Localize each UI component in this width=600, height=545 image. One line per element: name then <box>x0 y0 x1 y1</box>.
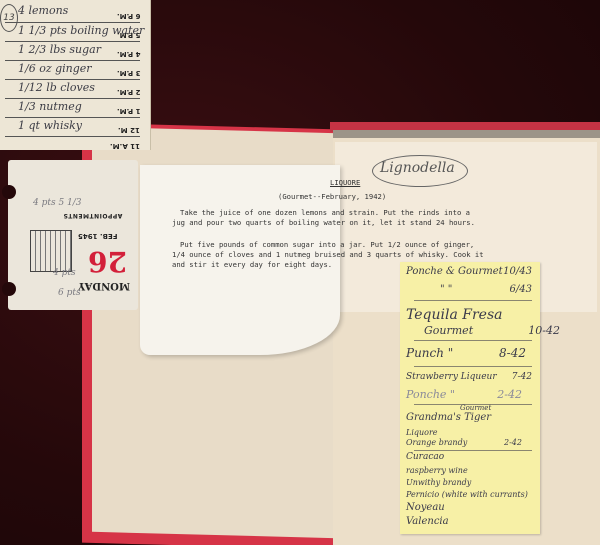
recipe-text-line: jug and pour two quarts of boiling water… <box>172 218 475 227</box>
ruled-line <box>414 340 532 341</box>
ingredient-line: 1/6 oz ginger <box>18 62 92 75</box>
note-entry: Orange brandy 2-42 <box>406 438 536 447</box>
note-entry: Ponche " 2-42 <box>406 388 536 401</box>
recipe-number-circle: 13 <box>0 4 18 32</box>
handwritten-recipe-name: Lignodella <box>380 160 455 176</box>
month-year-label: FEB. 1945 <box>78 232 117 240</box>
recipe-text-line: Take the juice of one dozen lemons and s… <box>180 208 470 217</box>
ruled-line <box>5 136 140 137</box>
handwritten-note: 6 pts <box>58 288 81 298</box>
appointments-heading: APPOINTMENTS <box>63 212 122 219</box>
ruled-line <box>414 450 532 451</box>
note-entry: Gourmet 10-42 <box>424 324 536 337</box>
ruled-line <box>414 300 532 301</box>
ingredient-line: 1 2/3 lbs sugar <box>18 43 101 56</box>
note-entry: Curacao <box>406 452 536 462</box>
recipe-text-line: 1/4 ounce of cloves and 1 nutmeg bruised… <box>172 250 484 259</box>
ruled-line <box>5 41 140 42</box>
time-label: 4 P.M. <box>117 50 140 58</box>
note-entry: Grandma's Tiger <box>406 412 536 423</box>
time-label: 3 P.M. <box>117 69 140 77</box>
ingredient-line: 1 qt whisky <box>18 119 82 132</box>
yellow-handwritten-note: Ponche & Gourmet 10/43 " " 6/43 Tequila … <box>400 262 540 534</box>
note-entry: Punch " 8-42 <box>406 346 536 360</box>
note-entry: Gourmet <box>460 404 536 412</box>
recipe-source: (Gourmet--February, 1942) <box>278 192 386 201</box>
handwritten-note: 4 pts 5 1/3 <box>33 198 82 208</box>
ruled-line <box>5 22 140 23</box>
note-entry: Unwithy brandy <box>406 478 536 487</box>
recipe-text-line: Put five pounds of common sugar into a j… <box>180 240 474 249</box>
time-label: 1 P.M. <box>117 107 140 115</box>
ruled-line <box>5 79 140 80</box>
note-entry: Pernicio (white with currants) <box>406 490 536 499</box>
note-entry: Noyeau <box>406 502 536 513</box>
note-entry: " " 6/43 <box>440 284 536 295</box>
time-label: 11 A.M. <box>110 142 140 150</box>
ruled-line <box>414 366 532 367</box>
time-label: 6 P.M. <box>117 12 140 20</box>
note-entry: Valencia <box>406 516 536 527</box>
ruled-line <box>5 117 140 118</box>
handwritten-note: 4 pts <box>53 268 76 278</box>
ruled-line <box>5 98 140 99</box>
time-label: 2 P.M. <box>117 88 140 96</box>
day-number: 26 <box>88 245 127 278</box>
mini-calendar-grid <box>30 230 72 272</box>
binder-hole <box>2 282 16 296</box>
calendar-page-slip: 4 pts 5 1/3 APPOINTMENTS FEB. 1945 26 MO… <box>8 160 138 310</box>
ingredient-line: 1/12 lb cloves <box>18 81 95 94</box>
recipe-title: LIQUORE <box>330 178 360 187</box>
note-entry: Ponche & Gourmet 10/43 <box>406 266 536 277</box>
time-label: 12 M. <box>118 126 140 134</box>
note-entry: raspberry wine <box>406 466 536 475</box>
appointment-slip-handwritten: 13 4 lemons 1 1/3 pts boiling water 1 2/… <box>0 0 151 150</box>
note-entry: Liquore <box>406 428 536 437</box>
note-entry: Strawberry Liqueur 7-42 <box>406 372 536 382</box>
ingredient-line: 4 lemons <box>18 4 68 17</box>
book-page-edges <box>333 130 600 138</box>
recipe-text-line: and stir it every day for eight days. <box>172 260 332 269</box>
ingredient-line: 1/3 nutmeg <box>18 100 82 113</box>
ruled-line <box>5 60 140 61</box>
note-entry: Tequila Fresa <box>406 307 536 323</box>
time-label: 5 P.M. <box>117 31 140 39</box>
binder-hole <box>2 185 16 199</box>
weekday-label: MONDAY <box>78 280 130 291</box>
